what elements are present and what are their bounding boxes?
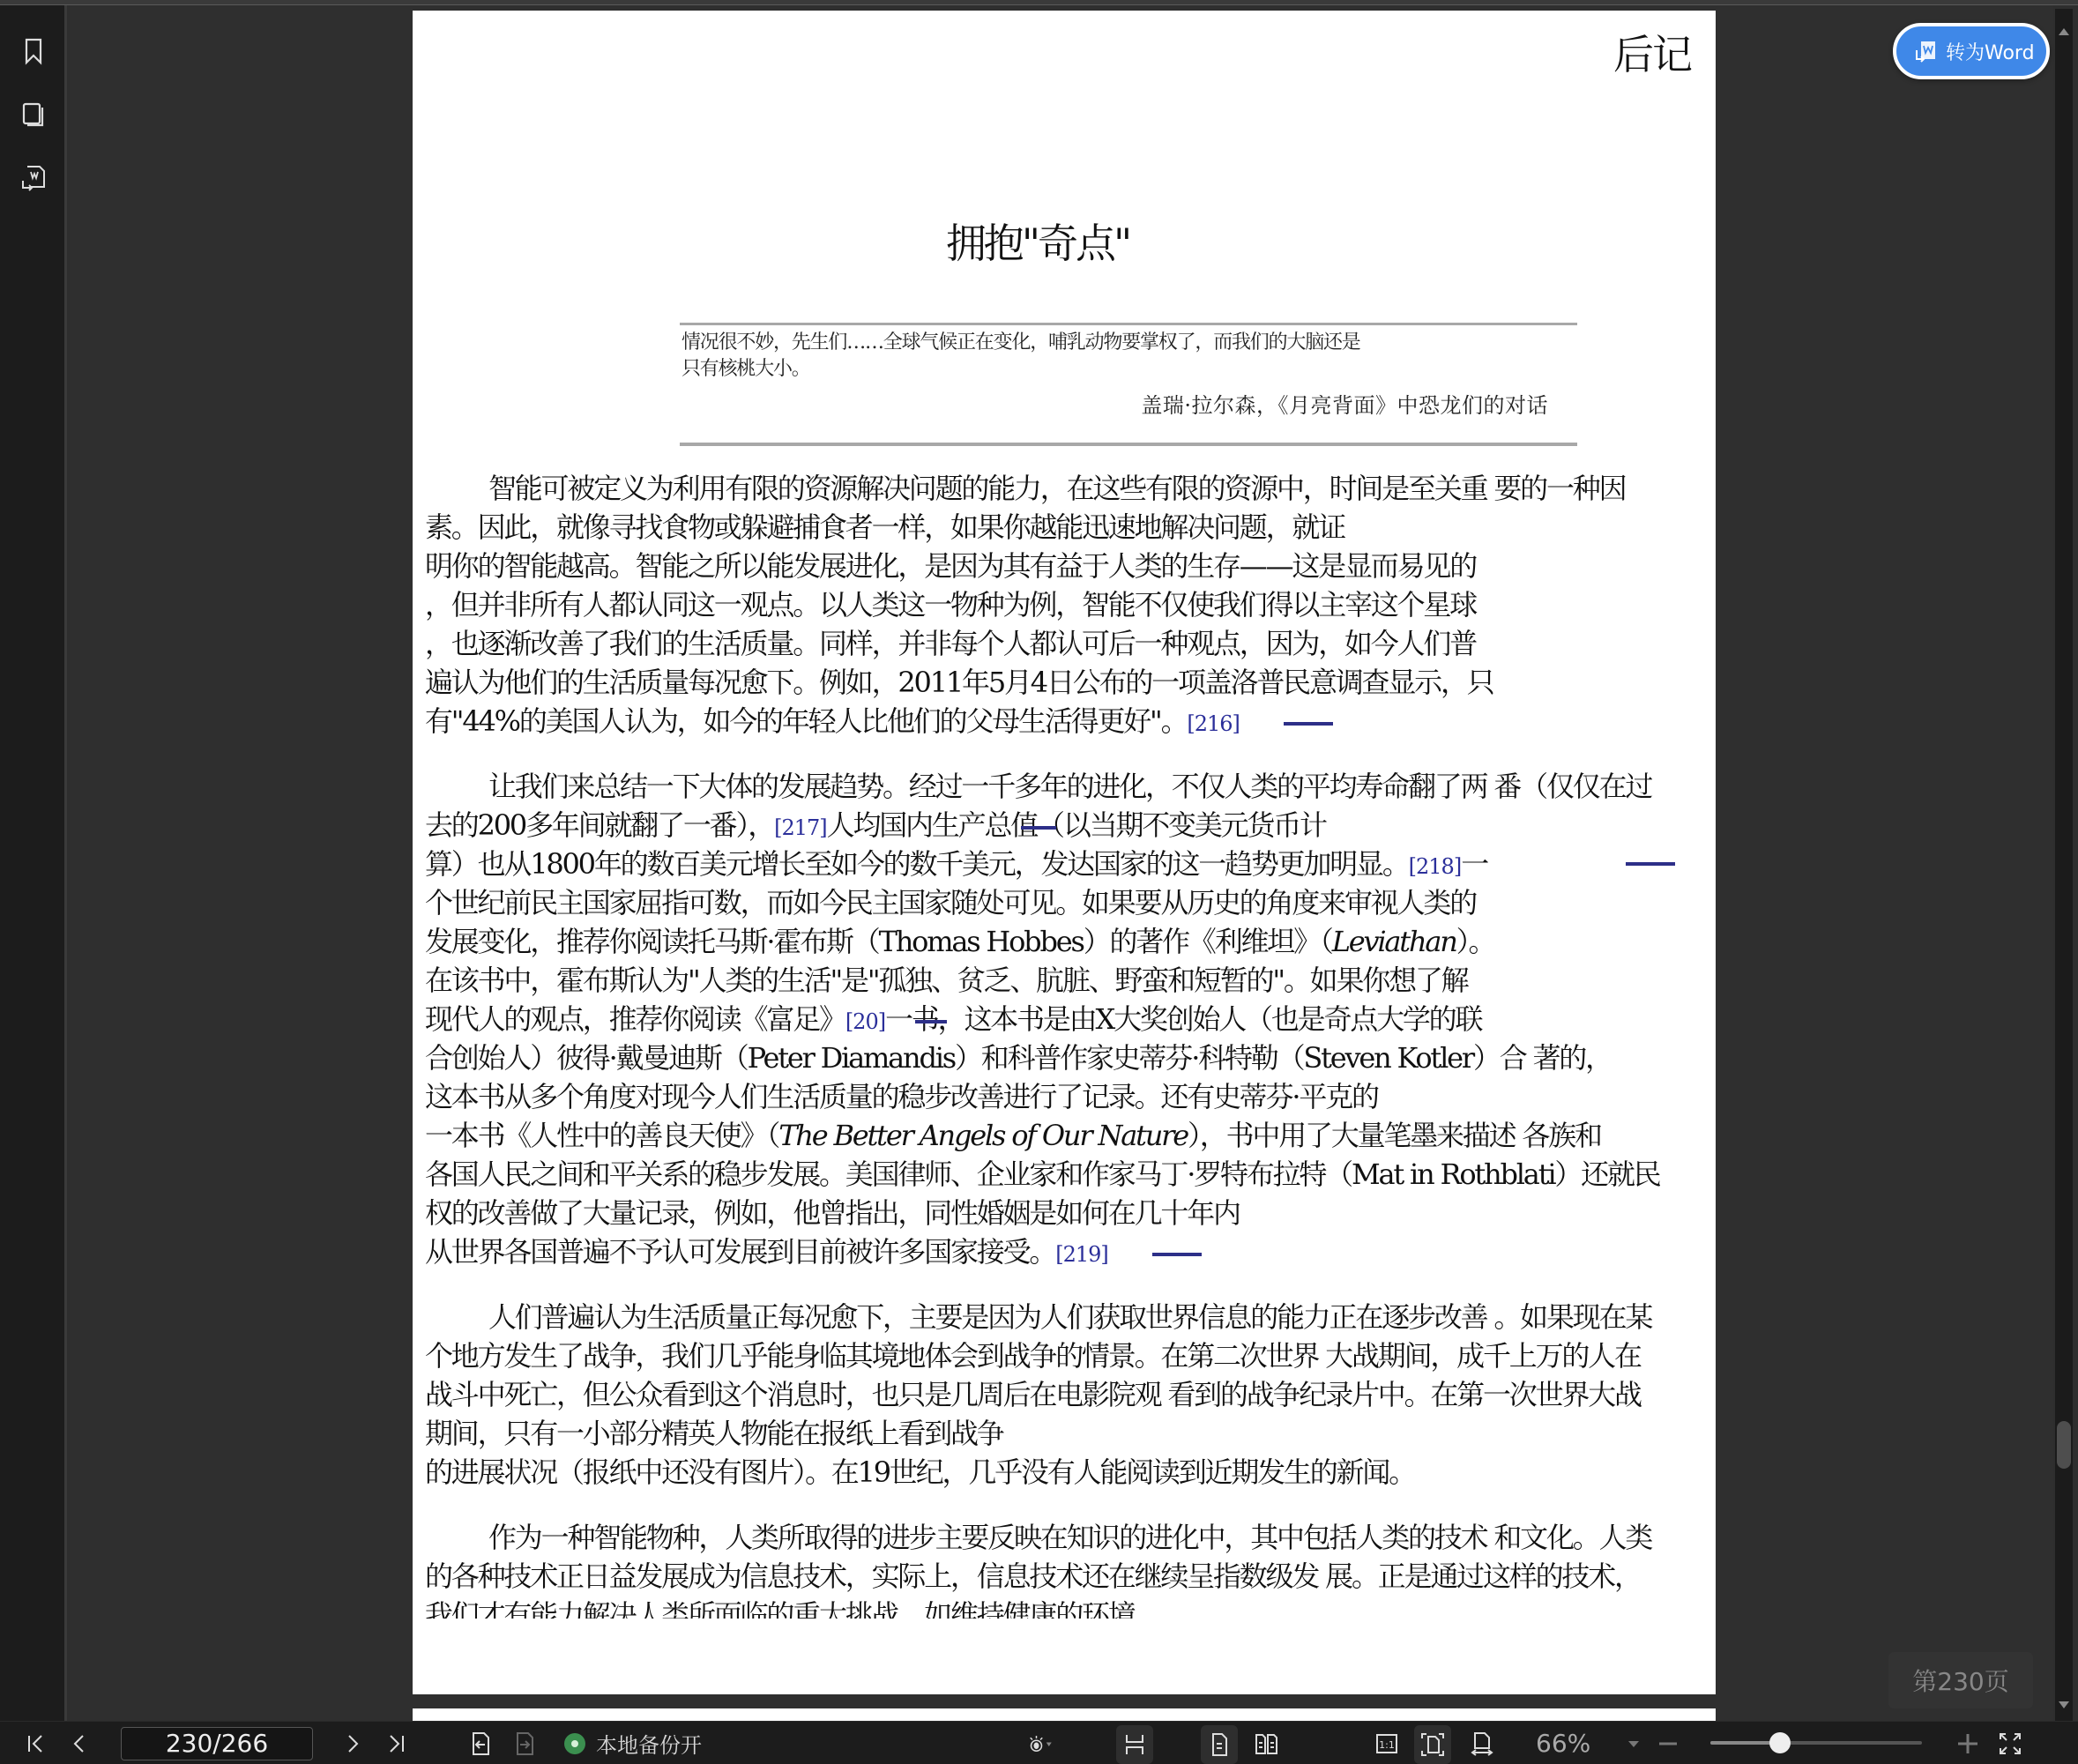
text-line: 权的改善做了大量记录，例如，他曾指出，同性婚姻是如何在几十年内 bbox=[425, 1194, 1703, 1232]
page-number-input[interactable]: 230/266 bbox=[121, 1727, 313, 1760]
epigraph-line: 情况很不妙，先生们……全球气候正在变化，哺乳动物要掌权了，而我们的大脑还是 bbox=[681, 330, 1475, 356]
paragraph: 智能可被定义为利用有限的资源解决问题的能力，在这些有限的资源中，时间是至关重 要… bbox=[425, 469, 1703, 741]
chapter-label: 后记 bbox=[1613, 23, 1691, 81]
fit-page-button[interactable] bbox=[1414, 1725, 1451, 1764]
epigraph-top-rule bbox=[680, 323, 1577, 325]
convert-to-word-button[interactable]: 转为Word bbox=[1893, 23, 2050, 79]
text-line: 作为一种智能物种，人类所取得的进步主要反映在知识的进化中，其中包括人类的技术 和… bbox=[425, 1518, 1703, 1557]
text-span: 现代人的观点，推荐你阅读《富足》 bbox=[425, 1002, 845, 1036]
fullscreen-icon bbox=[1997, 1731, 2023, 1757]
text-line: 发展变化，推荐你阅读托马斯·霍布斯（Thomas Hobbes）的著作《利维坦》… bbox=[425, 922, 1703, 961]
first-page-icon bbox=[22, 1731, 48, 1757]
fit-height-button[interactable] bbox=[1116, 1725, 1153, 1764]
text-span: 人均国内生产总值 bbox=[827, 808, 1037, 842]
zoom-out-icon bbox=[1655, 1731, 1681, 1757]
paragraph: 让我们来总结一下大体的发展趋势。经过一千多年的进化，不仅人类的平均寿命翻了两 番… bbox=[425, 767, 1703, 1271]
zoom-in-button[interactable] bbox=[1950, 1722, 1985, 1764]
single-page-icon bbox=[1206, 1731, 1233, 1758]
backup-label: 本地备份开 bbox=[596, 1728, 702, 1759]
chevron-down-icon bbox=[1620, 1731, 1647, 1757]
epigraph-attribution: 盖瑞·拉尔森，《月亮背面》中恐龙们的对话 bbox=[1141, 388, 1548, 419]
last-page-icon bbox=[384, 1731, 410, 1757]
text-span: 一书， bbox=[885, 1002, 964, 1036]
text-span: 发展变化，推荐你阅读托马斯·霍布斯（Thomas Hobbes）的著作《利维坦》… bbox=[425, 925, 1332, 958]
fullscreen-button[interactable] bbox=[1992, 1722, 2028, 1764]
next-page-icon bbox=[339, 1731, 366, 1757]
epigraph: 情况很不妙，先生们……全球气候正在变化，哺乳动物要掌权了，而我们的大脑还是 只有… bbox=[681, 330, 1475, 383]
eye-care-icon bbox=[1027, 1731, 1054, 1757]
text-line: 这本书从多个角度对现今人们生活质量的稳步改善进行了记录。还有史蒂芬·平克的 bbox=[425, 1077, 1703, 1116]
bookmark-button[interactable] bbox=[14, 32, 53, 71]
text-span: 去的200多年间就翻了一番）， bbox=[425, 808, 774, 842]
text-line: 智能可被定义为利用有限的资源解决问题的能力，在这些有限的资源中，时间是至关重 要… bbox=[425, 469, 1703, 508]
fit-height-icon bbox=[1121, 1731, 1148, 1758]
text-line: 的各种技术正日益发展成为信息技术，实际上，信息技术还在继续呈指数级发 展。正是通… bbox=[425, 1557, 1703, 1596]
text-span: 一 bbox=[1461, 847, 1487, 881]
back-icon bbox=[467, 1731, 494, 1757]
text-span-italic: The Better Angels of Our Nature bbox=[778, 1119, 1188, 1152]
actual-size-icon: 1:1 bbox=[1374, 1731, 1400, 1757]
footnote-marker bbox=[1021, 826, 1056, 830]
text-line: 合创始人）彼得·戴曼迪斯（Peter Diamandis）和科普作家史蒂芬·科特… bbox=[425, 1038, 1703, 1077]
text-line: 素。因此，就像寻找食物或躲避捕食者一样，如果你越能迅速地解决问题，就证 bbox=[425, 508, 1703, 547]
document-page: 后记 拥抱"奇点" 情况很不妙，先生们……全球气候正在变化，哺乳动物要掌权了，而… bbox=[413, 11, 1716, 1694]
text-line-clipped: 我们才有能力解决人类所面临的重大挑战，如维持健康的环境 bbox=[425, 1596, 1703, 1619]
footnote-marker bbox=[1152, 1253, 1202, 1256]
footnote-marker bbox=[915, 1020, 947, 1023]
footnote-link-20[interactable]: [20] bbox=[845, 1009, 885, 1034]
zoom-slider-knob[interactable] bbox=[1769, 1732, 1791, 1753]
fit-page-icon bbox=[1419, 1731, 1446, 1758]
page-indicator-badge: 第230页 bbox=[1888, 1652, 2033, 1708]
page-title: 拥抱"奇点" bbox=[413, 212, 1689, 270]
convert-to-word-icon bbox=[1912, 38, 1939, 64]
thumbnails-button[interactable] bbox=[14, 95, 53, 134]
back-button[interactable] bbox=[463, 1722, 498, 1764]
fit-width-button[interactable] bbox=[1464, 1722, 1501, 1764]
single-page-button[interactable] bbox=[1201, 1725, 1238, 1764]
scroll-up-arrow[interactable] bbox=[2059, 28, 2069, 35]
text-line: 现代人的观点，推荐你阅读《富足》[20]一书，这本书是由X大奖创始人（也是奇点大… bbox=[425, 1000, 1703, 1038]
paragraph: 作为一种智能物种，人类所取得的进步主要反映在知识的进化中，其中包括人类的技术 和… bbox=[425, 1518, 1703, 1619]
footnote-link-216[interactable]: [216] bbox=[1187, 711, 1240, 736]
prev-page-button[interactable] bbox=[62, 1722, 97, 1764]
fit-width-icon bbox=[1469, 1731, 1495, 1757]
text-line: ，但并非所有人都认同这一观点。以人类这一物种为例，智能不仅使我们得以主宰这个星球 bbox=[425, 585, 1703, 624]
text-line: 个地方发生了战争，我们几乎能身临其境地体会到战争的情景。在第二次世界 大战期间，… bbox=[425, 1336, 1703, 1375]
scroll-down-arrow[interactable] bbox=[2059, 1701, 2069, 1708]
footnote-marker bbox=[1626, 862, 1675, 866]
text-line: 去的200多年间就翻了一番），[217]人均国内生产总值（以当期不变美元货币计 bbox=[425, 806, 1703, 845]
epigraph-bottom-rule bbox=[680, 443, 1577, 446]
next-page-edge bbox=[413, 1708, 1716, 1721]
bottom-toolbar: 230/266 本地备份开 1:1 66% bbox=[0, 1721, 2078, 1764]
text-line: 战斗中死亡，但公众看到这个消息时，也只是几周后在电影院观 看到的战争纪录片中。在… bbox=[425, 1375, 1703, 1414]
vertical-scrollbar[interactable] bbox=[2055, 9, 2073, 1721]
double-page-button[interactable] bbox=[1248, 1722, 1285, 1764]
text-span: 一书， bbox=[885, 1002, 964, 1036]
text-line: ，也逐渐改善了我们的生活质量。同样，并非每个人都认可后一种观点，因为，如今人们普 bbox=[425, 624, 1703, 663]
svg-text:1:1: 1:1 bbox=[1379, 1739, 1395, 1751]
convert-to-word-label: 转为Word bbox=[1946, 38, 2035, 65]
text-span: 从世界各国普遍不予认可发展到目前被许多国家接受。 bbox=[425, 1235, 1055, 1269]
text-line: 让我们来总结一下大体的发展趋势。经过一千多年的进化，不仅人类的平均寿命翻了两 番… bbox=[425, 767, 1703, 806]
document-body: 智能可被定义为利用有限的资源解决问题的能力，在这些有限的资源中，时间是至关重 要… bbox=[425, 469, 1703, 1645]
document-viewport[interactable]: 后记 拥抱"奇点" 情况很不妙，先生们……全球气候正在变化，哺乳动物要掌权了，而… bbox=[70, 5, 2053, 1721]
convert-sidebar-button[interactable] bbox=[14, 159, 53, 197]
zoom-out-button[interactable] bbox=[1650, 1722, 1686, 1764]
zoom-slider[interactable] bbox=[1710, 1741, 1922, 1745]
text-line: 人们普遍认为生活质量正每况愈下，主要是因为人们获取世界信息的能力正在逐步改善 。… bbox=[425, 1298, 1703, 1336]
text-span: ），书中用了大量笔墨来描述 各族和 bbox=[1188, 1119, 1601, 1152]
left-sidebar bbox=[0, 5, 67, 1721]
text-line: 期间，只有一小部分精英人物能在报纸上看到战争 bbox=[425, 1414, 1703, 1453]
footnote-link-219[interactable]: [219] bbox=[1055, 1242, 1108, 1267]
paragraph: 人们普遍认为生活质量正每况愈下，主要是因为人们获取世界信息的能力正在逐步改善 。… bbox=[425, 1298, 1703, 1492]
backup-status-icon bbox=[564, 1733, 585, 1754]
text-line: 明你的智能越高。智能之所以能发展进化，是因为其有益于人类的生存——这是显而易见的 bbox=[425, 547, 1703, 585]
text-line: 各国人民之间和平关系的稳步发展。美国律师、企业家和作家马丁·罗特布拉特（Mat … bbox=[425, 1155, 1703, 1194]
text-span: 算）也从1800年的数百美元增长至如今的数千美元，发达国家的这一趋势更加明显。 bbox=[425, 847, 1409, 881]
scrollbar-thumb[interactable] bbox=[2057, 1421, 2071, 1469]
text-line: 算）也从1800年的数百美元增长至如今的数千美元，发达国家的这一趋势更加明显。[… bbox=[425, 845, 1703, 883]
text-span: 有"44%的美国人认为，如今的年轻人比他们的父母生活得更好"。 bbox=[425, 704, 1187, 738]
zoom-level-label[interactable]: 66% bbox=[1536, 1722, 1590, 1764]
text-span: 一本书《人性中的善良天使》（ bbox=[425, 1119, 778, 1152]
footnote-link-218[interactable]: [218] bbox=[1409, 854, 1462, 879]
zoom-in-icon bbox=[1955, 1731, 1981, 1757]
prev-page-icon bbox=[66, 1731, 93, 1757]
forward-icon bbox=[511, 1731, 538, 1757]
text-span: （以当期不变美元货币计 bbox=[1037, 808, 1326, 842]
text-span: ）。 bbox=[1456, 925, 1495, 958]
eye-care-button[interactable] bbox=[1016, 1722, 1065, 1764]
text-line: 有"44%的美国人认为，如今的年轻人比他们的父母生活得更好"。[216] bbox=[425, 702, 1703, 741]
text-line: 一本书《人性中的善良天使》（The Better Angels of Our N… bbox=[425, 1116, 1703, 1155]
text-span-italic: Leviathan bbox=[1332, 925, 1456, 958]
text-span: （以当期不变美元货币计 bbox=[1037, 808, 1326, 842]
text-span: 这本书是由X大奖创始人（也是奇点大学的联 bbox=[964, 1002, 1481, 1036]
double-page-icon bbox=[1254, 1731, 1280, 1757]
last-page-button[interactable] bbox=[379, 1722, 414, 1764]
forward-button[interactable] bbox=[507, 1722, 542, 1764]
actual-size-button[interactable]: 1:1 bbox=[1368, 1722, 1405, 1764]
local-backup-toggle[interactable]: 本地备份开 bbox=[564, 1722, 702, 1764]
text-line: 在该书中，霍布斯认为"人类的生活"是"孤独、贫乏、肮脏、野蛮和短暂的"。如果你想… bbox=[425, 961, 1703, 1000]
pdf-to-word-icon bbox=[19, 163, 48, 193]
zoom-dropdown-button[interactable] bbox=[1620, 1722, 1647, 1764]
footnote-marker bbox=[1284, 722, 1333, 726]
text-line: 个世纪前民主国家屈指可数，而如今民主国家随处可见。如果要从历史的角度来审视人类的 bbox=[425, 883, 1703, 922]
epigraph-line: 只有核桃大小。 bbox=[681, 356, 1475, 383]
text-line: 从世界各国普遍不予认可发展到目前被许多国家接受。[219] bbox=[425, 1232, 1703, 1271]
bookmark-icon bbox=[19, 36, 48, 66]
footnote-link-217[interactable]: [217] bbox=[774, 815, 827, 840]
first-page-button[interactable] bbox=[18, 1722, 53, 1764]
text-line: 遍认为他们的生活质量每况愈下。例如，2011年5月4日公布的一项盖洛普民意调查显… bbox=[425, 663, 1703, 702]
pages-icon bbox=[19, 100, 48, 130]
text-line: 的进展状况（报纸中还没有图片）。在19世纪，几乎没有人能阅读到近期发生的新闻。 bbox=[425, 1453, 1703, 1492]
next-page-button[interactable] bbox=[335, 1722, 370, 1764]
